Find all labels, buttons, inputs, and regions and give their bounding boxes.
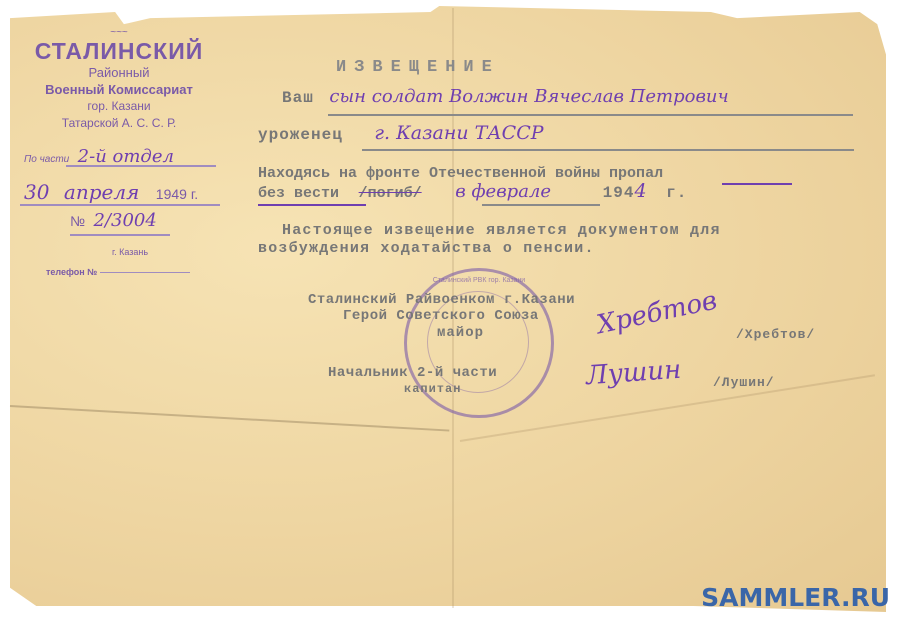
addressee-label: Ваш: [282, 89, 314, 107]
stamp-number-label: №: [70, 213, 85, 229]
chief-name: /Лушин/: [713, 375, 775, 390]
stamp-date-row: 30 апреля 1949 г.: [24, 180, 234, 204]
stamp-number-row: № 2/3004: [70, 210, 210, 231]
commissar-title-1: Сталинский Райвоенком г.Казани: [308, 292, 575, 308]
chief-rank: капитан: [404, 382, 461, 396]
commissar-rank: майор: [437, 325, 484, 341]
stamp-underline: [70, 234, 170, 236]
month-underline: [482, 204, 600, 206]
notice-paragraph-2: возбуждения ходатайства о пенсии.: [258, 240, 595, 257]
stamp-underline: [100, 272, 190, 273]
stamp-part-value: 2-й отдел: [78, 146, 174, 167]
stamp-date-day: 30: [24, 180, 49, 204]
stamp-city: гор. Казани: [14, 98, 224, 115]
addressee-row: Ваш сын солдат Волжин Вячеслав Петрович: [282, 86, 862, 107]
stamp-republic: Татарской А. С. С. Р.: [14, 115, 224, 132]
status-year-suffix: г.: [666, 184, 687, 202]
stamp-date-year: 1949 г.: [156, 186, 198, 202]
stamp-city-small: г. Казань: [90, 247, 170, 257]
stamp-part-label: По части: [24, 154, 69, 165]
seal-text: Сталинский РВК гор. Казани: [407, 277, 551, 284]
stamp-line2: Военный Комиссариат: [14, 81, 224, 98]
document-title: ИЗВЕЩЕНИЕ: [336, 58, 500, 77]
stamp-number-value: 2/3004: [93, 210, 156, 231]
status-killed-struck: /погиб/: [359, 185, 422, 202]
stamp-phone-label: телефон №: [46, 267, 97, 277]
commissar-title-2: Герой Советского Союза: [343, 308, 539, 324]
stamp-underline: [20, 204, 220, 206]
stamp-ornament: ~~~: [14, 28, 224, 38]
stamp-district: СТАЛИНСКИЙ: [14, 38, 224, 64]
missing-underline: [258, 204, 366, 206]
status-month: в феврале: [455, 181, 551, 202]
stamp-part-row: По части 2-й отдел: [24, 146, 224, 167]
status-year-digit: 4: [634, 180, 646, 202]
birthplace-label: уроженец: [258, 126, 343, 144]
stamp-line1: Районный: [14, 64, 224, 81]
birthplace-value: г. Казани ТАССР: [374, 122, 543, 144]
notice-paragraph-1: Настоящее извещение является документом …: [282, 222, 721, 239]
addressee-value: сын солдат Волжин Вячеслав Петрович: [329, 86, 728, 107]
stamp-date-month: апреля: [64, 180, 139, 204]
status-missing: без вести: [258, 185, 339, 202]
birthplace-row: уроженец г. Казани ТАССР: [258, 122, 858, 144]
addressee-underline: [328, 114, 853, 116]
commissariat-stamp: ~~~ СТАЛИНСКИЙ Районный Военный Комиссар…: [14, 28, 224, 132]
stamp-phone: телефон №: [46, 262, 196, 280]
year-stroke: [722, 183, 792, 185]
stamp-underline: [66, 165, 216, 167]
site-watermark: SAMMLER.RU: [701, 583, 890, 612]
chief-title: Начальник 2-й части: [328, 365, 497, 381]
status-year-prefix: 194: [603, 184, 635, 202]
birthplace-underline: [362, 149, 854, 151]
commissar-name: /Хребтов/: [736, 327, 815, 342]
